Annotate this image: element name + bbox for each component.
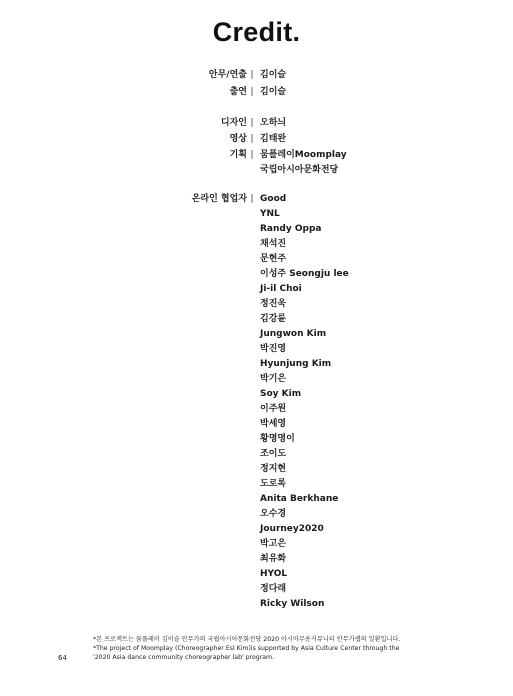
credit-row: Soy Kim xyxy=(0,387,513,402)
credit-row: 정진욱 xyxy=(0,297,513,312)
credit-row: 이성주 Seongju lee xyxy=(0,267,513,282)
credit-name: 오수경 xyxy=(260,507,286,522)
credit-name: Ricky Wilson xyxy=(260,597,324,612)
credit-row: 김강륜 xyxy=(0,312,513,327)
footnote-english-2: '2020 Asia dance community choreographer… xyxy=(93,653,400,662)
credit-row: 조이도 xyxy=(0,447,513,462)
credit-separator: | xyxy=(249,132,255,147)
credit-row: 박세영 xyxy=(0,417,513,432)
footnote-korean: *본 프로젝트는 뭄플레이 김이슬 안무가의 국립아시아문화전당 2020 아시… xyxy=(93,635,400,644)
credit-name: 김강륜 xyxy=(260,312,286,327)
credit-name: YNL xyxy=(260,207,280,222)
page-title: Credit. xyxy=(0,17,513,48)
credit-row: Ricky Wilson xyxy=(0,597,513,612)
credit-name: Soy Kim xyxy=(260,387,301,402)
credit-separator: | xyxy=(249,148,255,163)
credit-name: 뭄플레이Moomplay xyxy=(260,148,347,163)
credit-name: Randy Oppa xyxy=(260,222,321,237)
credit-name: 김태완 xyxy=(260,132,286,147)
credit-name: 박기은 xyxy=(260,372,286,387)
credit-role: 기획 xyxy=(230,148,247,163)
credit-name: 최유화 xyxy=(260,552,286,567)
credit-role: 영상 xyxy=(230,132,247,147)
credit-name: 김이슬 xyxy=(260,68,286,83)
credit-row: 출연|김이슬 xyxy=(0,85,513,100)
credit-name: Jungwon Kim xyxy=(260,327,326,342)
credit-name: 오하늬 xyxy=(260,116,286,131)
credit-name: 황명명이 xyxy=(260,432,295,447)
credit-separator: | xyxy=(249,116,255,131)
credit-row: 박기은 xyxy=(0,372,513,387)
credit-name: 국립아시아문화전당 xyxy=(260,163,338,178)
credit-row: 박고은 xyxy=(0,537,513,552)
credit-row: YNL xyxy=(0,207,513,222)
credit-row: 도로록 xyxy=(0,477,513,492)
credit-row: Hyunjung Kim xyxy=(0,357,513,372)
credit-role: 디자인 xyxy=(221,116,247,131)
credit-row: Randy Oppa xyxy=(0,222,513,237)
credit-role: 온라인 협업자 xyxy=(192,192,247,207)
credit-name: 김이슬 xyxy=(260,85,286,100)
credit-row: 안무/연출|김이슬 xyxy=(0,68,513,83)
credit-name: 박진영 xyxy=(260,342,286,357)
credit-name: 박세영 xyxy=(260,417,286,432)
footnote: *본 프로젝트는 뭄플레이 김이슬 안무가의 국립아시아문화전당 2020 아시… xyxy=(93,635,400,662)
credit-name: 이성주 Seongju lee xyxy=(260,267,349,282)
credit-name: 박고은 xyxy=(260,537,286,552)
credit-name: 채석진 xyxy=(260,237,286,252)
credit-name: 조이도 xyxy=(260,447,286,462)
credit-name: 정진욱 xyxy=(260,297,286,312)
credit-name: 정다래 xyxy=(260,582,286,597)
credit-name: Ji-il Choi xyxy=(260,282,302,297)
credit-name: 이주원 xyxy=(260,402,286,417)
credit-separator: | xyxy=(249,192,255,207)
credit-name: HYOL xyxy=(260,567,287,582)
credit-name: 문현주 xyxy=(260,252,286,267)
credit-name: Good xyxy=(260,192,286,207)
credit-row: 문현주 xyxy=(0,252,513,267)
credit-name: Hyunjung Kim xyxy=(260,357,331,372)
footnote-english-1: *The project of Moomplay (Choreographer … xyxy=(93,644,400,653)
credit-role: 안무/연출 xyxy=(209,68,247,83)
credit-separator: | xyxy=(249,68,255,83)
credit-name: Journey2020 xyxy=(260,522,324,537)
credit-row: 영상|김태완 xyxy=(0,132,513,147)
credit-row: 디자인|오하늬 xyxy=(0,116,513,131)
credit-row: 이주원 xyxy=(0,402,513,417)
credit-name: Anita Berkhane xyxy=(260,492,338,507)
page-number: 64 xyxy=(58,654,67,662)
credit-row: Journey2020 xyxy=(0,522,513,537)
credit-row: Jungwon Kim xyxy=(0,327,513,342)
credit-row: 국립아시아문화전당 xyxy=(0,163,513,178)
credit-row: 황명명이 xyxy=(0,432,513,447)
credit-row: 박진영 xyxy=(0,342,513,357)
credit-role: 출연 xyxy=(230,85,247,100)
credit-name: 정지현 xyxy=(260,462,286,477)
credit-row: 최유화 xyxy=(0,552,513,567)
credit-row: HYOL xyxy=(0,567,513,582)
credit-row: 기획|뭄플레이Moomplay xyxy=(0,148,513,163)
credit-row: 정지현 xyxy=(0,462,513,477)
credit-row: 온라인 협업자|Good xyxy=(0,192,513,207)
credit-row: Anita Berkhane xyxy=(0,492,513,507)
credit-row: Ji-il Choi xyxy=(0,282,513,297)
credit-name: 도로록 xyxy=(260,477,286,492)
credit-row: 오수경 xyxy=(0,507,513,522)
credit-row: 채석진 xyxy=(0,237,513,252)
credit-row: 정다래 xyxy=(0,582,513,597)
credit-separator: | xyxy=(249,85,255,100)
